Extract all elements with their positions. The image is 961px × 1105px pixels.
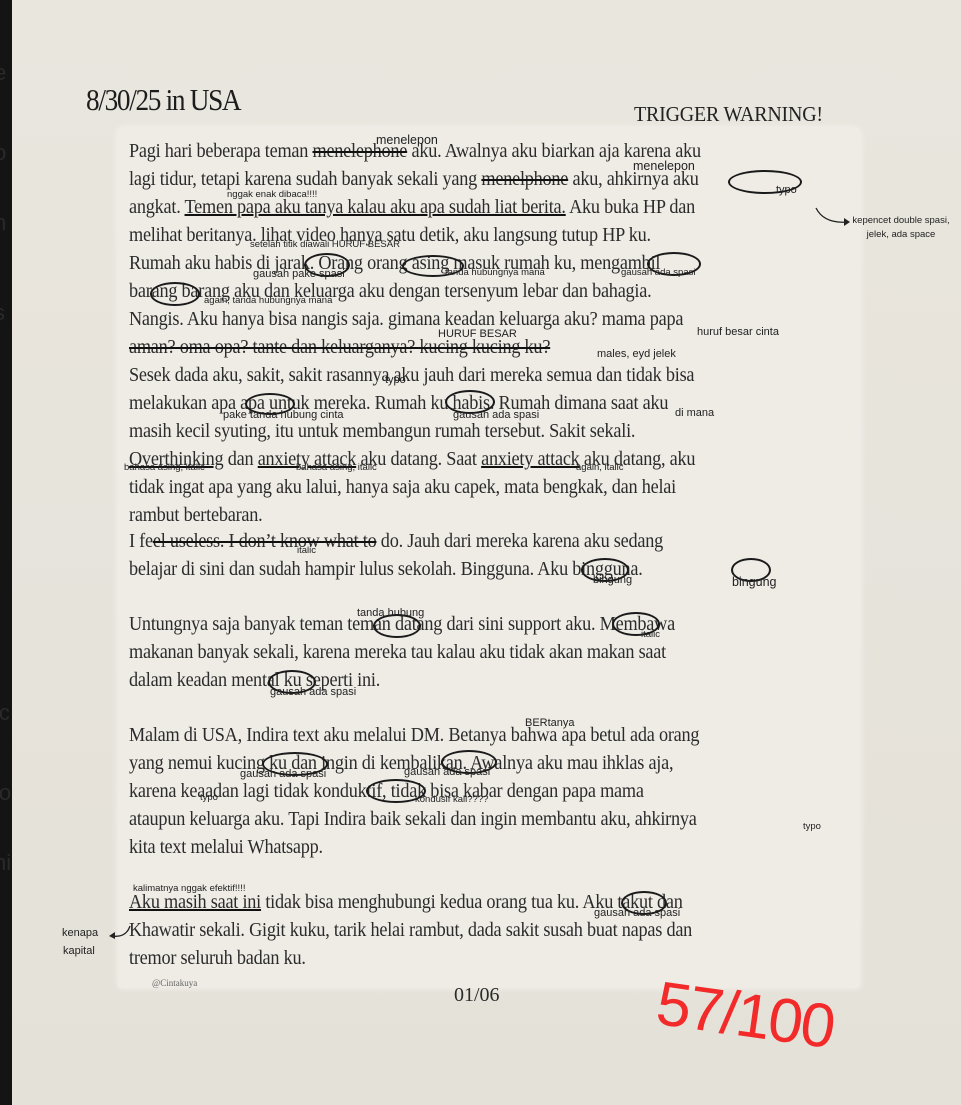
annotation: tanda hubung [357, 607, 424, 619]
annotation: bahasa asing, italic [296, 463, 377, 473]
background-letter: ni [0, 850, 11, 876]
body-line: Sesek dada aku, sakit, sakit rasannya ak… [129, 365, 694, 387]
body-line: masih kecil syuting, itu untuk membangun… [129, 421, 635, 443]
annotation: pake tanda hubung cinta [223, 409, 344, 421]
annotation: gausah ada spasi [621, 268, 695, 278]
body-line: Malam di USA, Indira text aku melalui DM… [129, 725, 699, 747]
body-line: Rumah aku habis di jarak. Orang orang as… [129, 253, 660, 275]
annotation: gausah ada spasi [270, 686, 356, 698]
background-letter: n [0, 210, 6, 236]
body-line: ataupun keluarga aku. Tapi Indira baik s… [129, 809, 697, 831]
background-letter: o [0, 140, 6, 166]
body-line: tremor seluruh badan ku. [129, 948, 306, 970]
page-number: 01/06 [454, 984, 500, 1007]
annotation: gausah ada spasi [404, 766, 490, 778]
annotation: nggak enak dibaca!!!! [227, 190, 317, 200]
body-line: lagi tidur, tetapi karena sudah banyak s… [129, 169, 699, 191]
annotation: bingung [593, 574, 632, 586]
annotation: italic [641, 630, 660, 640]
left-dark-strip: e o n s ic lo ni [0, 0, 12, 1105]
annotation: HURUF BESAR [438, 328, 517, 340]
annotation: bingung [732, 576, 777, 590]
body-line: angkat. Temen papa aku tanya kalau aku a… [129, 197, 695, 219]
body-line: melakukan apa apa untuk mereka. Rumah ku… [129, 393, 668, 415]
annotation: kondusif kali???? [415, 795, 488, 805]
body-line: yang nemui kucing ku dan ingin di kembal… [129, 753, 673, 775]
side-annotation: kepencet double spasi, jelek, ada space [842, 214, 960, 243]
correction-circle [150, 282, 200, 306]
annotation: italic [297, 546, 316, 556]
annotation: BERtanya [525, 717, 575, 729]
annotation: di mana [675, 407, 714, 419]
trigger-warning: TRIGGER WARNING! [634, 102, 823, 127]
arrow-icon [106, 924, 132, 944]
annotation: setelah titik diawali HURUF BESAR [250, 240, 400, 250]
body-line: belajar di sini dan sudah hampir lulus s… [129, 559, 643, 581]
side-annotation: kapital [63, 945, 95, 957]
background-letter: s [0, 300, 5, 326]
annotation: tanda hubungnya mana [445, 268, 545, 278]
arrow-icon [814, 206, 854, 228]
annotation: menelepon [376, 134, 438, 148]
annotation: gausah ada spasi [594, 907, 680, 919]
annotation: bahasa asing, italic [124, 463, 205, 473]
body-line: tidak ingat apa yang aku lalui, hanya sa… [129, 477, 676, 499]
background-letter: ic [0, 700, 10, 726]
annotation: typo [803, 822, 821, 832]
annotation: gausah ada spasi [240, 768, 326, 780]
annotation: typo [776, 184, 797, 196]
annotation: huruf besar cinta [697, 326, 779, 338]
annotation: gausah ada spasi [453, 409, 539, 421]
background-letter: lo [0, 780, 11, 806]
annotation: gausah pake spasi [253, 268, 345, 280]
annotation: males, eyd jelek [597, 348, 676, 360]
body-line: makanan banyak sekali, karena mereka tau… [129, 642, 666, 664]
annotation: typo [200, 793, 218, 803]
body-line: I feel useless. I don’t know what to do.… [129, 531, 663, 553]
body-line: Khawatir sekali. Gigit kuku, tarik helai… [129, 920, 692, 942]
body-line: Nangis. Aku hanya bisa nangis saja. gima… [129, 309, 683, 331]
body-line: rambut bertebaran. [129, 505, 262, 527]
annotation: again, italic [576, 463, 624, 473]
annotation: again, tanda hubungnya mana [204, 296, 332, 306]
body-line: aman? oma opa? tante dan keluarganya? ku… [129, 337, 550, 359]
author-handle: @Cintakuya [152, 978, 197, 988]
side-annotation: kenapa [62, 927, 98, 939]
annotation: kalimatnya nggak efektif!!!! [133, 884, 245, 894]
page-title: 8/30/25 in USA [86, 82, 240, 118]
background-letter: e [0, 60, 6, 86]
body-line: kita text melalui Whatsapp. [129, 837, 323, 859]
annotation: typo [385, 374, 406, 386]
annotation: menelepon [633, 160, 695, 174]
